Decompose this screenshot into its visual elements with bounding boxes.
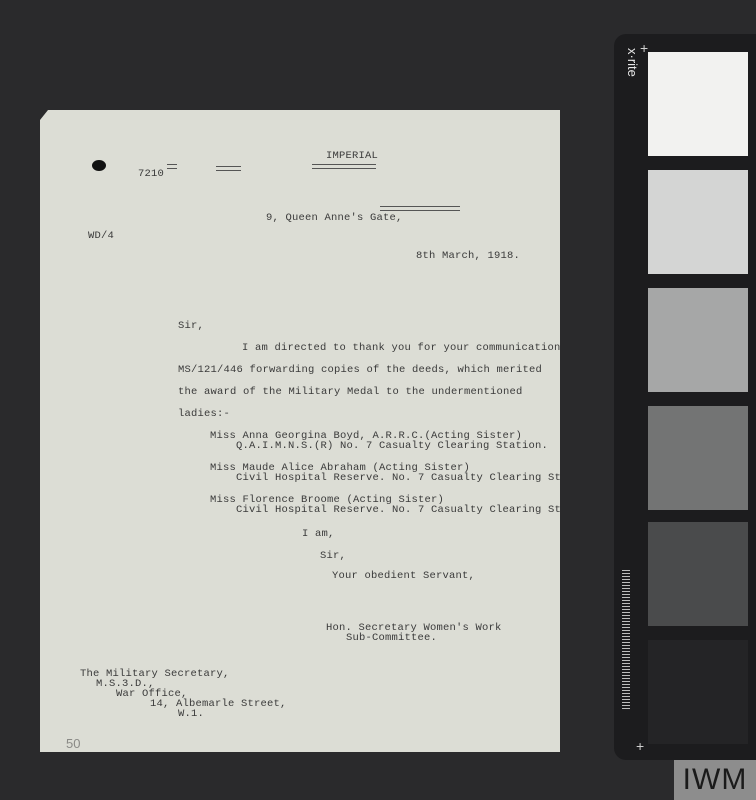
recipient-unit: Civil Hospital Reserve. No. 7 Casualty C… (236, 472, 568, 484)
closing-line: Your obedient Servant, (332, 570, 475, 582)
addressee-line: W.1. (178, 708, 204, 720)
underline (216, 166, 241, 171)
xrite-logo: x·rite (625, 48, 640, 77)
gray-patch-1 (648, 52, 748, 156)
letter-page: 7210 IMPERIAL 9, Queen Anne's Gate, WD/4… (40, 110, 560, 752)
signature-line: Sub-Committee. (346, 632, 437, 644)
recipient-unit: Civil Hospital Reserve. No. 7 Casualty C… (236, 504, 574, 516)
page-number: 50 (66, 736, 80, 751)
underline (380, 206, 460, 211)
body-line: MS/121/446 forwarding copies of the deed… (178, 364, 542, 376)
date: 8th March, 1918. (416, 250, 520, 262)
heading: IMPERIAL (326, 150, 378, 162)
body-line: the award of the Military Medal to the u… (178, 386, 523, 398)
addressee-line: 14, Albemarle Street, (150, 698, 287, 710)
underline (312, 164, 376, 169)
body-line: I am directed to thank you for your comm… (242, 342, 561, 354)
reference: WD/4 (88, 230, 114, 242)
crosshair-icon: + (640, 40, 648, 56)
crosshair-icon: + (636, 738, 644, 754)
sender-address: 9, Queen Anne's Gate, (266, 212, 403, 224)
punch-hole (92, 160, 106, 171)
underline (167, 164, 177, 169)
closing-line: I am, (302, 528, 335, 540)
gray-patch-3 (648, 288, 748, 392)
recipient-unit: Q.A.I.M.N.S.(R) No. 7 Casualty Clearing … (236, 440, 548, 452)
gray-patch-6 (648, 640, 748, 744)
ruler-scale (622, 570, 630, 710)
gray-patch-2 (648, 170, 748, 274)
iwm-watermark: IWM (674, 760, 756, 800)
salutation: Sir, (178, 320, 204, 332)
gray-patch-4 (648, 406, 748, 510)
file-ref: 7210 (138, 168, 164, 180)
closing-line: Sir, (320, 550, 346, 562)
gray-patch-5 (648, 522, 748, 626)
body-line: ladies:- (178, 408, 230, 420)
